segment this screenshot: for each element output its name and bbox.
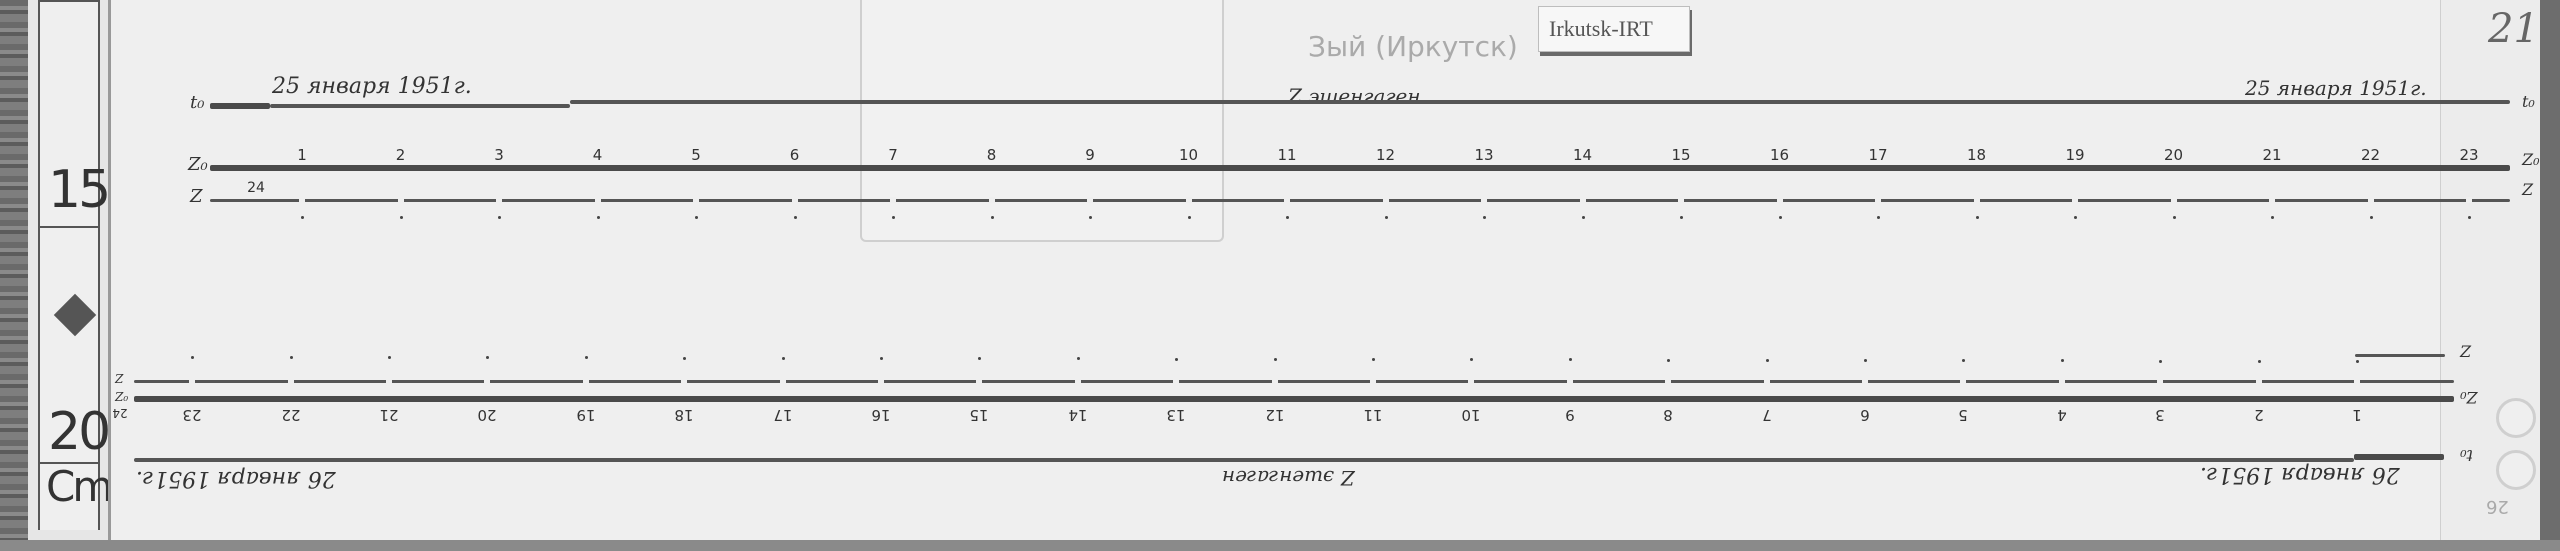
hour-tick-dot (991, 216, 994, 219)
lower-z-label-right: Z (2460, 342, 2471, 361)
ruler-body: 15 20 Cm (38, 0, 100, 530)
hour-tick-dot (794, 216, 797, 219)
hour-tick-dot (2173, 216, 2176, 219)
hour-gap (1173, 378, 1179, 384)
hour-tick-dot (1385, 216, 1388, 219)
hour-gap (1087, 197, 1093, 203)
t0-trace (570, 100, 2510, 104)
upper-hour-mark: 16 (1770, 146, 1789, 164)
hour-gap (1665, 378, 1671, 384)
lower-hour-mark: 10 (1462, 406, 1481, 424)
centimeter-ruler: 15 20 Cm (28, 0, 118, 540)
hour-gap (2072, 197, 2078, 203)
upper-hour-mark: 13 (1474, 146, 1493, 164)
hour-tick-dot (892, 216, 895, 219)
station-stamp: Irkutsk-IRT (1538, 6, 1690, 52)
hour-gap (1284, 197, 1290, 203)
z-variation-trace (210, 199, 2510, 202)
hour-gap (890, 197, 896, 203)
hour-gap (2368, 197, 2374, 203)
upper-hour-mark: 2 (396, 146, 406, 164)
lower-z-label: Z (115, 372, 123, 386)
lower-hour-mark: 16 (871, 406, 890, 424)
hour-tick-dot (1779, 216, 1782, 219)
hour-gap (976, 378, 982, 384)
hour-tick-dot (301, 216, 304, 219)
hour-gap (386, 378, 392, 384)
upper-date-left: 25 января 1951г. (272, 74, 472, 99)
lower-t0-trace (134, 458, 2354, 462)
upper-hour-mark: 7 (888, 146, 898, 164)
upper-hour-mark: 4 (593, 146, 603, 164)
hour-gap (1075, 378, 1081, 384)
lower-date-right: 26 января 1951г. (2200, 462, 2400, 487)
lower-hour-mark: 5 (1959, 406, 1969, 424)
hour-tick-dot (1582, 216, 1585, 219)
lower-hour-mark: 22 (281, 406, 300, 424)
hour-gap (484, 378, 490, 384)
hour-gap (1186, 197, 1192, 203)
upper-hour-mark: 10 (1179, 146, 1198, 164)
ruler-divider (40, 0, 98, 2)
hour-tick-dot (1286, 216, 1289, 219)
hour-gap (1678, 197, 1684, 203)
lower-hour-mark: 3 (2155, 406, 2165, 424)
upper-hour-mark: 21 (2262, 146, 2281, 164)
hour-tick-dot (2258, 360, 2261, 363)
upper-hour-mark: 17 (1868, 146, 1887, 164)
upper-hour-mark: 15 (1671, 146, 1690, 164)
hour-tick-dot (2468, 216, 2471, 219)
lower-t0-trace-end (2354, 454, 2444, 460)
hour-gap (1764, 378, 1770, 384)
hour-tick-dot (388, 356, 391, 359)
hour-tick-dot (1483, 216, 1486, 219)
punch-hole (2496, 450, 2536, 490)
hour-tick-dot (1680, 216, 1683, 219)
hour-gap (2256, 378, 2262, 384)
hour-gap (681, 378, 687, 384)
hour-tick-dot (880, 357, 883, 360)
upper-component-caption: Z эшенгаген (1288, 84, 1421, 108)
hour-tick-dot (1372, 358, 1375, 361)
hour-tick-dot (191, 356, 194, 359)
hour-gap (1960, 378, 1966, 384)
lower-date-left: 26 января 1951г. (136, 466, 336, 491)
upper-hour-mark: 3 (494, 146, 504, 164)
hour-tick-dot (1089, 216, 1092, 219)
hour-gap (2466, 197, 2472, 203)
t0-trace (270, 104, 570, 108)
hour-tick-dot (2370, 216, 2373, 219)
lower-hour-mark: 20 (478, 406, 497, 424)
hour-gap (1567, 378, 1573, 384)
upper-hour-mark: 23 (2459, 146, 2478, 164)
hour-gap (288, 378, 294, 384)
lower-hour-mark: 21 (379, 406, 398, 424)
upper-z0-label: Z₀ (188, 154, 208, 175)
z0-baseline (210, 165, 2510, 171)
hour-tick-dot (597, 216, 600, 219)
lower-hour-mark: 9 (1565, 406, 1575, 424)
pencil-note: Зый (Иркутск) (1308, 30, 1518, 63)
hour-gap (792, 197, 798, 203)
upper-hour-mark: 14 (1573, 146, 1592, 164)
wooden-board (0, 0, 30, 551)
hour-gap (299, 197, 305, 203)
lower-z-trace-end (2355, 354, 2445, 357)
ruler-mark-15: 15 (48, 160, 108, 220)
lower-hour-mark: 18 (675, 406, 694, 424)
lower-hour-mark: 23 (183, 406, 202, 424)
lower-hour-mark: 2 (2254, 406, 2264, 424)
upper-t0-label: t₀ (190, 92, 204, 113)
hour-gap (1974, 197, 1980, 203)
punch-hole (2496, 398, 2536, 438)
lower-hour-mark: 8 (1663, 406, 1673, 424)
hour-tick-dot (2074, 216, 2077, 219)
hour-tick-dot (2159, 360, 2162, 363)
ruler-mark-20: 20 (48, 402, 108, 462)
hour-gap (2059, 378, 2065, 384)
hour-tick-dot (1274, 358, 1277, 361)
upper-hour-mark: 20 (2164, 146, 2183, 164)
hour-tick-dot (1976, 216, 1979, 219)
hour-gap (989, 197, 995, 203)
lower-hour-mark: 15 (970, 406, 989, 424)
lower-hour-mark: 11 (1363, 406, 1382, 424)
lower-hour-mark: 12 (1265, 406, 1284, 424)
upper-hour-mark: 9 (1085, 146, 1095, 164)
hour-gap (1468, 378, 1474, 384)
lower-z0-label: Z₀ (115, 390, 128, 404)
hour-gap (189, 378, 195, 384)
upper-t0-label-right: t₀ (2522, 92, 2535, 111)
upper-hour-mark: 12 (1376, 146, 1395, 164)
hour-gap (583, 378, 589, 384)
hour-tick-dot (1766, 359, 1769, 362)
hour-gap (780, 378, 786, 384)
hour-tick-dot (1864, 359, 1867, 362)
sheet-number: 21 (2488, 6, 2539, 52)
upper-z-label-right: Z (2522, 180, 2533, 199)
hour-gap (878, 378, 884, 384)
hour-gap (595, 197, 601, 203)
upper-hour-mark: 6 (790, 146, 800, 164)
hour-gap (1580, 197, 1586, 203)
hour-gap (2171, 197, 2177, 203)
lower-hour-mark: 13 (1167, 406, 1186, 424)
hour-gap (693, 197, 699, 203)
hour-tick-dot (290, 356, 293, 359)
upper-z0-label-right: Z₀ (2522, 150, 2540, 169)
lower-start-hour: 24 (112, 406, 127, 420)
hour-gap (2354, 378, 2360, 384)
hour-gap (1777, 197, 1783, 203)
lower-z0-label-right: Z₀ (2460, 388, 2478, 407)
ruler-divider (40, 226, 98, 228)
hour-tick-dot (1667, 359, 1670, 362)
hour-gap (1370, 378, 1376, 384)
lower-hour-mark: 14 (1068, 406, 1087, 424)
frame-bottom (0, 540, 2560, 551)
hour-gap (1875, 197, 1881, 203)
hour-tick-dot (1188, 216, 1191, 219)
upper-hour-mark: 5 (691, 146, 701, 164)
lower-hour-mark: 4 (2057, 406, 2067, 424)
hour-gap (2157, 378, 2163, 384)
hour-tick-dot (2356, 360, 2359, 363)
hour-gap (496, 197, 502, 203)
hour-tick-dot (683, 357, 686, 360)
lower-z0-baseline (134, 396, 2454, 402)
hour-gap (398, 197, 404, 203)
ruler-unit: Cm (46, 462, 110, 511)
hour-tick-dot (782, 357, 785, 360)
hour-gap (2269, 197, 2275, 203)
lower-z-variation-trace (134, 380, 2454, 383)
hour-tick-dot (400, 216, 403, 219)
hour-tick-dot (1175, 358, 1178, 361)
upper-hour-mark: 1 (297, 146, 307, 164)
lower-hour-mark: 6 (1860, 406, 1870, 424)
hour-tick-dot (498, 216, 501, 219)
corner-note: 26 (2486, 496, 2509, 517)
lower-hour-mark: 7 (1762, 406, 1772, 424)
lower-t0-label-right: t₀ (2460, 446, 2473, 465)
upper-hour-mark: 18 (1967, 146, 1986, 164)
upper-z-label: Z (190, 186, 203, 207)
glass-overlay (860, 0, 1224, 242)
upper-hour-mark: 19 (2065, 146, 2084, 164)
upper-start-hour: 24 (247, 180, 265, 196)
t0-trace-start (210, 103, 270, 109)
upper-date-right: 25 января 1951г. (2245, 76, 2427, 100)
hour-tick-dot (1877, 216, 1880, 219)
lower-hour-mark: 19 (576, 406, 595, 424)
ruler-rivet-icon (54, 294, 96, 336)
lower-hour-mark: 17 (773, 406, 792, 424)
station-stamp-label: Irkutsk-IRT (1549, 16, 1653, 42)
upper-hour-mark: 22 (2361, 146, 2380, 164)
upper-hour-mark: 11 (1277, 146, 1296, 164)
lower-hour-mark: 1 (2352, 406, 2362, 424)
hour-gap (1481, 197, 1487, 203)
hour-tick-dot (695, 216, 698, 219)
upper-hour-mark: 8 (987, 146, 997, 164)
lower-component-caption: Z эшенгаген (1222, 466, 1355, 490)
hour-tick-dot (2271, 216, 2274, 219)
frame-edge (2540, 0, 2560, 551)
hour-gap (1862, 378, 1868, 384)
hour-gap (1272, 378, 1278, 384)
hour-gap (1383, 197, 1389, 203)
